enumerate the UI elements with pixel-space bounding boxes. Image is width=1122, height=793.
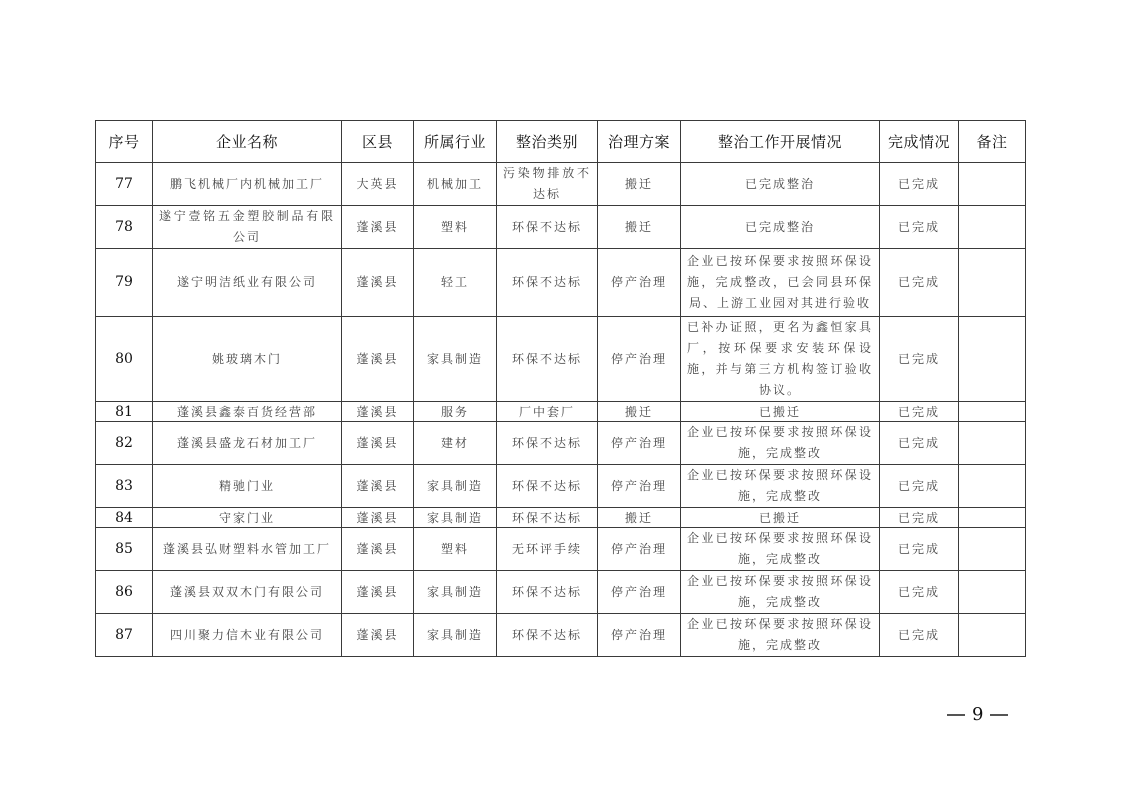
- cell-status: 已完成: [880, 163, 959, 206]
- cell-category: 环保不达标: [497, 317, 598, 402]
- cell-industry: 家具制造: [414, 317, 497, 402]
- cell-company-name: 蓬溪县鑫泰百货经营部: [153, 402, 342, 422]
- cell-county: 蓬溪县: [342, 422, 414, 465]
- cell-category: 厂中套厂: [497, 402, 598, 422]
- cell-industry: 家具制造: [414, 571, 497, 614]
- cell-plan: 停产治理: [598, 422, 681, 465]
- cell-category: 环保不达标: [497, 508, 598, 528]
- cell-county: 蓬溪县: [342, 614, 414, 657]
- cell-plan: 搬迁: [598, 206, 681, 249]
- cell-category: 污染物排放不达标: [497, 163, 598, 206]
- cell-serial-no: 82: [96, 422, 153, 465]
- header-progress: 整治工作开展情况: [681, 121, 880, 163]
- cell-industry: 机械加工: [414, 163, 497, 206]
- cell-plan: 停产治理: [598, 465, 681, 508]
- cell-county: 大英县: [342, 163, 414, 206]
- cell-status: 已完成: [880, 317, 959, 402]
- cell-county: 蓬溪县: [342, 402, 414, 422]
- cell-category: 无环评手续: [497, 528, 598, 571]
- cell-progress: 企业已按环保要求按照环保设施，完成整改: [681, 465, 880, 508]
- header-category: 整治类别: [497, 121, 598, 163]
- cell-remark: [959, 163, 1026, 206]
- cell-industry: 家具制造: [414, 508, 497, 528]
- cell-industry: 家具制造: [414, 465, 497, 508]
- cell-serial-no: 84: [96, 508, 153, 528]
- cell-industry: 建材: [414, 422, 497, 465]
- cell-remark: [959, 249, 1026, 317]
- cell-status: 已完成: [880, 422, 959, 465]
- cell-county: 蓬溪县: [342, 206, 414, 249]
- cell-county: 蓬溪县: [342, 508, 414, 528]
- cell-industry: 服务: [414, 402, 497, 422]
- cell-progress: 企业已按环保要求按照环保设施，完成整改: [681, 571, 880, 614]
- cell-remark: [959, 317, 1026, 402]
- cell-county: 蓬溪县: [342, 317, 414, 402]
- dash-right: [990, 714, 1008, 716]
- cell-county: 蓬溪县: [342, 528, 414, 571]
- table-row: 82蓬溪县盛龙石材加工厂蓬溪县建材环保不达标停产治理企业已按环保要求按照环保设施…: [96, 422, 1026, 465]
- cell-plan: 停产治理: [598, 528, 681, 571]
- cell-status: 已完成: [880, 528, 959, 571]
- cell-remark: [959, 614, 1026, 657]
- cell-company-name: 遂宁明洁纸业有限公司: [153, 249, 342, 317]
- header-county: 区县: [342, 121, 414, 163]
- table-row: 87四川聚力信木业有限公司蓬溪县家具制造环保不达标停产治理企业已按环保要求按照环…: [96, 614, 1026, 657]
- cell-serial-no: 81: [96, 402, 153, 422]
- cell-remark: [959, 206, 1026, 249]
- cell-company-name: 四川聚力信木业有限公司: [153, 614, 342, 657]
- cell-progress: 已补办证照，更名为鑫恒家具厂，按环保要求安装环保设施，并与第三方机构签订验收协议…: [681, 317, 880, 402]
- cell-serial-no: 83: [96, 465, 153, 508]
- cell-plan: 搬迁: [598, 402, 681, 422]
- cell-industry: 轻工: [414, 249, 497, 317]
- cell-progress: 已完成整治: [681, 163, 880, 206]
- header-industry: 所属行业: [414, 121, 497, 163]
- cell-company-name: 遂宁壹铭五金塑胶制品有限公司: [153, 206, 342, 249]
- cell-status: 已完成: [880, 508, 959, 528]
- header-company-name: 企业名称: [153, 121, 342, 163]
- cell-status: 已完成: [880, 249, 959, 317]
- cell-serial-no: 79: [96, 249, 153, 317]
- cell-company-name: 姚玻璃木门: [153, 317, 342, 402]
- cell-status: 已完成: [880, 402, 959, 422]
- dash-left: [947, 714, 965, 716]
- cell-serial-no: 80: [96, 317, 153, 402]
- page-number: 9: [940, 704, 1015, 725]
- header-plan: 治理方案: [598, 121, 681, 163]
- cell-company-name: 鹏飞机械厂内机械加工厂: [153, 163, 342, 206]
- cell-category: 环保不达标: [497, 206, 598, 249]
- cell-remark: [959, 528, 1026, 571]
- cell-industry: 家具制造: [414, 614, 497, 657]
- table-row: 80姚玻璃木门蓬溪县家具制造环保不达标停产治理已补办证照，更名为鑫恒家具厂，按环…: [96, 317, 1026, 402]
- header-status: 完成情况: [880, 121, 959, 163]
- cell-status: 已完成: [880, 206, 959, 249]
- table-row: 77鹏飞机械厂内机械加工厂大英县机械加工污染物排放不达标搬迁已完成整治已完成: [96, 163, 1026, 206]
- cell-remark: [959, 571, 1026, 614]
- cell-company-name: 蓬溪县弘财塑料水管加工厂: [153, 528, 342, 571]
- table-row: 78遂宁壹铭五金塑胶制品有限公司蓬溪县塑料环保不达标搬迁已完成整治已完成: [96, 206, 1026, 249]
- table-row: 85蓬溪县弘财塑料水管加工厂蓬溪县塑料无环评手续停产治理企业已按环保要求按照环保…: [96, 528, 1026, 571]
- cell-serial-no: 86: [96, 571, 153, 614]
- cell-progress: 企业已按环保要求按照环保设施，完成整改: [681, 422, 880, 465]
- cell-plan: 搬迁: [598, 508, 681, 528]
- cell-status: 已完成: [880, 571, 959, 614]
- remediation-table: 序号 企业名称 区县 所属行业 整治类别 治理方案 整治工作开展情况 完成情况 …: [95, 120, 1026, 657]
- cell-category: 环保不达标: [497, 422, 598, 465]
- cell-company-name: 守家门业: [153, 508, 342, 528]
- cell-county: 蓬溪县: [342, 249, 414, 317]
- cell-plan: 搬迁: [598, 163, 681, 206]
- cell-status: 已完成: [880, 614, 959, 657]
- cell-category: 环保不达标: [497, 571, 598, 614]
- cell-plan: 停产治理: [598, 571, 681, 614]
- cell-serial-no: 77: [96, 163, 153, 206]
- header-remark: 备注: [959, 121, 1026, 163]
- cell-serial-no: 78: [96, 206, 153, 249]
- cell-category: 环保不达标: [497, 249, 598, 317]
- cell-plan: 停产治理: [598, 317, 681, 402]
- cell-progress: 企业已按环保要求按照环保设施，完成整改: [681, 614, 880, 657]
- table-row: 81蓬溪县鑫泰百货经营部蓬溪县服务厂中套厂搬迁已搬迁已完成: [96, 402, 1026, 422]
- cell-industry: 塑料: [414, 528, 497, 571]
- cell-serial-no: 87: [96, 614, 153, 657]
- cell-serial-no: 85: [96, 528, 153, 571]
- table-row: 86蓬溪县双双木门有限公司蓬溪县家具制造环保不达标停产治理企业已按环保要求按照环…: [96, 571, 1026, 614]
- cell-progress: 企业已按环保要求按照环保设施，完成整改，已会同县环保局、上游工业园对其进行验收: [681, 249, 880, 317]
- cell-county: 蓬溪县: [342, 465, 414, 508]
- cell-company-name: 精驰门业: [153, 465, 342, 508]
- table-row: 84守家门业蓬溪县家具制造环保不达标搬迁已搬迁已完成: [96, 508, 1026, 528]
- cell-county: 蓬溪县: [342, 571, 414, 614]
- cell-company-name: 蓬溪县盛龙石材加工厂: [153, 422, 342, 465]
- cell-remark: [959, 402, 1026, 422]
- page-number-value: 9: [972, 704, 983, 725]
- table-row: 79遂宁明洁纸业有限公司蓬溪县轻工环保不达标停产治理企业已按环保要求按照环保设施…: [96, 249, 1026, 317]
- table-row: 83精驰门业蓬溪县家具制造环保不达标停产治理企业已按环保要求按照环保设施，完成整…: [96, 465, 1026, 508]
- cell-progress: 企业已按环保要求按照环保设施，完成整改: [681, 528, 880, 571]
- cell-company-name: 蓬溪县双双木门有限公司: [153, 571, 342, 614]
- table-header-row: 序号 企业名称 区县 所属行业 整治类别 治理方案 整治工作开展情况 完成情况 …: [96, 121, 1026, 163]
- cell-progress: 已完成整治: [681, 206, 880, 249]
- cell-plan: 停产治理: [598, 249, 681, 317]
- cell-progress: 已搬迁: [681, 402, 880, 422]
- cell-progress: 已搬迁: [681, 508, 880, 528]
- header-serial-no: 序号: [96, 121, 153, 163]
- cell-category: 环保不达标: [497, 614, 598, 657]
- cell-industry: 塑料: [414, 206, 497, 249]
- cell-plan: 停产治理: [598, 614, 681, 657]
- cell-remark: [959, 465, 1026, 508]
- cell-status: 已完成: [880, 465, 959, 508]
- cell-remark: [959, 508, 1026, 528]
- cell-remark: [959, 422, 1026, 465]
- cell-category: 环保不达标: [497, 465, 598, 508]
